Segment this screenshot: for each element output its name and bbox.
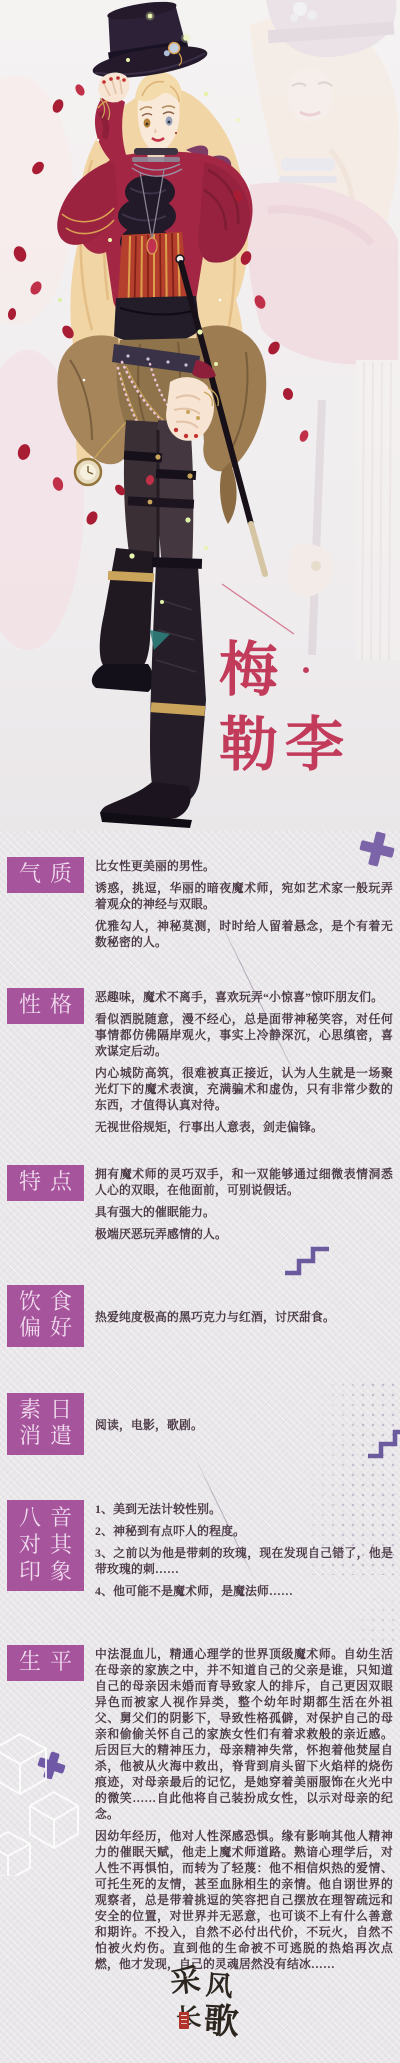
halftone-dots-pattern — [348, 1595, 400, 1667]
section-paragraph: 拥有魔术师的灵巧双手，和一双能够通过细微表情洞悉人心的双眼，在他面前，可别说假话… — [95, 1166, 393, 1198]
section-label-line: 偏好 — [7, 1316, 84, 1342]
stairs-icon — [366, 1420, 400, 1460]
name-char: 梅 — [219, 633, 278, 708]
section-label-line: 性格 — [7, 993, 84, 1019]
halftone-dots-pattern — [308, 1380, 400, 1575]
calligraphy-logo: 采 风 长 歌 — [166, 1956, 246, 2048]
section-label-line: 消遣 — [7, 1424, 84, 1450]
section-label-line: 对其 — [7, 1532, 84, 1559]
section-paragraph: 无视世俗规矩，行事出人意表，剑走偏锋。 — [95, 1119, 393, 1135]
section-label: 气质 — [7, 857, 84, 893]
section-paragraph: 内心城防高筑，很难被真正接近，认为人生就是一场聚光灯下的魔术表演，充满骗术和虚伪… — [95, 1065, 393, 1113]
section-text: 比女性更美丽的男性。诱惑，挑逗，华丽的暗夜魔术师，宛如艺术家一般玩弄着观众的神经… — [95, 858, 393, 956]
name-line-2: 勒李 — [219, 708, 389, 783]
section-label-line: 八音 — [7, 1505, 84, 1532]
choker — [134, 148, 178, 155]
section-label-line: 素日 — [7, 1398, 84, 1424]
section-paragraph: 看似洒脱随意，漫不经心，总是面带神秘笑容，对任何事情都仿佛隔岸观火，事实上冷静深… — [95, 1011, 393, 1059]
section-text: 拥有魔术师的灵巧双手，和一双能够通过细微表情洞悉人心的双眼，在他面前，可别说假话… — [95, 1166, 393, 1248]
leg — [124, 420, 160, 562]
section-paragraph: 中法混血儿，精通心理学的世界顶级魔术师。自幼生活在母亲的家族之中，并不知道自己的… — [95, 1646, 393, 1822]
section-text: 中法混血儿，精通心理学的世界顶级魔术师。自幼生活在母亲的家族之中，并不知道自己的… — [95, 1646, 393, 1978]
section-label: 特点 — [7, 1165, 84, 1201]
section-label: 生平 — [7, 1645, 84, 1681]
waist-sash — [114, 296, 200, 344]
name-separator-dot: · — [300, 633, 312, 708]
section-paragraph: 具有强大的催眠能力。 — [95, 1204, 393, 1220]
character-name: 梅 · 勒李 — [219, 633, 389, 783]
section-text: 恶趣味，魔术不离手，喜欢玩弄“小惊喜”惊吓朋友们。看似洒脱随意，漫不经心，总是面… — [95, 989, 393, 1141]
section-paragraph: 因幼年经历，他对人性深感恐惧。缘有影响其他人精神力的催眠天赋，他走上魔术师道路。… — [95, 1828, 393, 1972]
section-label-line: 特点 — [7, 1170, 84, 1196]
section-paragraph: 恶趣味，魔术不离手，喜欢玩弄“小惊喜”惊吓朋友们。 — [95, 989, 393, 1005]
section-label-line: 饮食 — [7, 1290, 84, 1316]
section-label-line: 气质 — [7, 862, 84, 888]
section-label: 性格 — [7, 988, 84, 1024]
section-label: 饮食偏好 — [7, 1285, 84, 1347]
section-text: 热爱纯度极高的黑巧克力与红酒，讨厌甜食。 — [95, 1309, 393, 1331]
section-label: 素日消遣 — [7, 1393, 84, 1455]
section-paragraph: 极端厌恶玩弄感情的人。 — [95, 1226, 393, 1242]
boot — [150, 562, 206, 805]
section-label-line: 印象 — [7, 1559, 84, 1586]
section-paragraph: 比女性更美丽的男性。 — [95, 858, 393, 874]
section-label: 八音对其印象 — [7, 1500, 84, 1591]
section-paragraph: 热爱纯度极高的黑巧克力与红酒，讨厌甜食。 — [95, 1309, 393, 1325]
logo-char: 歌 — [203, 1993, 241, 2045]
logo-char: 采 — [168, 1955, 202, 2002]
hero-illustration-area: 梅 · 勒李 — [0, 0, 400, 830]
artist-seal — [179, 2012, 189, 2029]
section-paragraph: 优雅勾人，神秘莫测，时时给人留着悬念，是个有着无数秘密的人。 — [95, 918, 393, 950]
cube-wireframe-pattern — [0, 1716, 102, 1876]
stairs-icon — [282, 1238, 332, 1276]
section-label-line: 生平 — [7, 1650, 84, 1676]
section-paragraph: 诱惑，挑逗，华丽的暗夜魔术师，宛如艺术家一般玩弄着观众的神经与双眼。 — [95, 880, 393, 912]
name-line-1: 梅 · — [219, 633, 389, 708]
